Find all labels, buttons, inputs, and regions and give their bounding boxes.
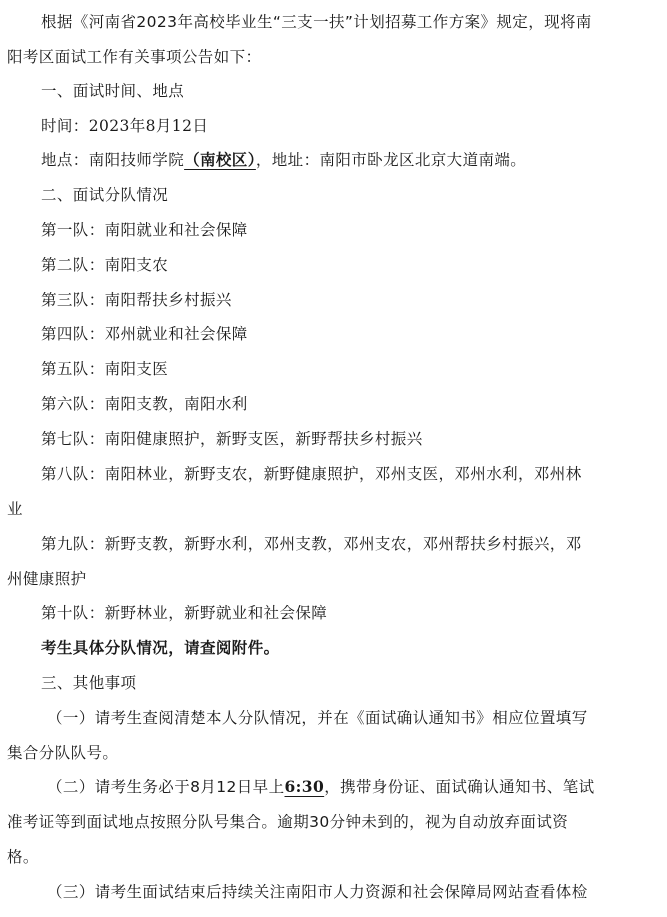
item1-line1: （一）请考生查阅清楚本人分队情况，并在《面试确认通知书》相应位置填写 bbox=[47, 708, 667, 728]
intro-paragraph-line1: 根据《河南省2023年高校毕业生“三支一扶”计划招募工作方案》规定，现将南 bbox=[41, 12, 667, 32]
team-row-continuation: 州健康照护 bbox=[7, 569, 659, 589]
item2-line2: 准考证等到面试地点按照分队号集合。逾期30分钟未到的，视为自动放弃面试资 bbox=[7, 812, 659, 832]
intro-paragraph-line2: 阳考区面试工作有关事项公告如下： bbox=[7, 47, 659, 67]
place-campus: （南校区） bbox=[184, 151, 256, 169]
item2-line3: 格。 bbox=[7, 847, 659, 867]
item3-line1: （三）请考生面试结束后持续关注南阳市人力资源和社会保障局网站查看体检 bbox=[47, 882, 667, 902]
team-row: 第八队：南阳林业，新野支农，新野健康照护，邓州支医，邓州水利，邓州林 bbox=[41, 464, 667, 484]
interview-place: 地点：南阳技师学院（南校区），地址：南阳市卧龙区北京大道南端。 bbox=[41, 150, 667, 170]
gather-time: 6:30 bbox=[285, 777, 325, 796]
item1-line2: 集合分队队号。 bbox=[7, 743, 659, 763]
team-row: 第四队：邓州就业和社会保障 bbox=[41, 324, 667, 344]
section3-heading: 三、其他事项 bbox=[41, 673, 667, 693]
time-label: 时间： bbox=[41, 117, 89, 135]
item2-line1: （二）请考生务必于8月12日早上6:30，携带身份证、面试确认通知书、笔试 bbox=[47, 777, 667, 797]
team-row-continuation: 业 bbox=[7, 499, 659, 519]
team-row: 第五队：南阳支医 bbox=[41, 359, 667, 379]
place-address: ，地址：南阳市卧龙区北京大道南端。 bbox=[256, 151, 526, 169]
interview-time: 时间：2023年8月12日 bbox=[41, 116, 667, 136]
team-row: 第十队：新野林业，新野就业和社会保障 bbox=[41, 603, 667, 623]
section1-heading: 一一、面试时间、地点 bbox=[41, 81, 667, 101]
attachment-note: 考生具体分队情况，请查阅附件。 bbox=[41, 638, 667, 658]
place-label: 地点：南阳技师学院 bbox=[41, 151, 184, 169]
team-row: 第一队：南阳就业和社会保障 bbox=[41, 220, 667, 240]
team-row: 第二队：南阳支农 bbox=[41, 255, 667, 275]
team-row: 第三队：南阳帮扶乡村振兴 bbox=[41, 290, 667, 310]
team-row: 第六队：南阳支教，南阳水利 bbox=[41, 394, 667, 414]
team-row: 第七队：南阳健康照护，新野支医，新野帮扶乡村振兴 bbox=[41, 429, 667, 449]
section2-heading: 二、面试分队情况 bbox=[41, 185, 667, 205]
time-value: 2023年8月12日 bbox=[89, 117, 209, 135]
team-row: 第九队：新野支教，新野水利，邓州支教，邓州支农，邓州帮扶乡村振兴，邓 bbox=[41, 534, 667, 554]
